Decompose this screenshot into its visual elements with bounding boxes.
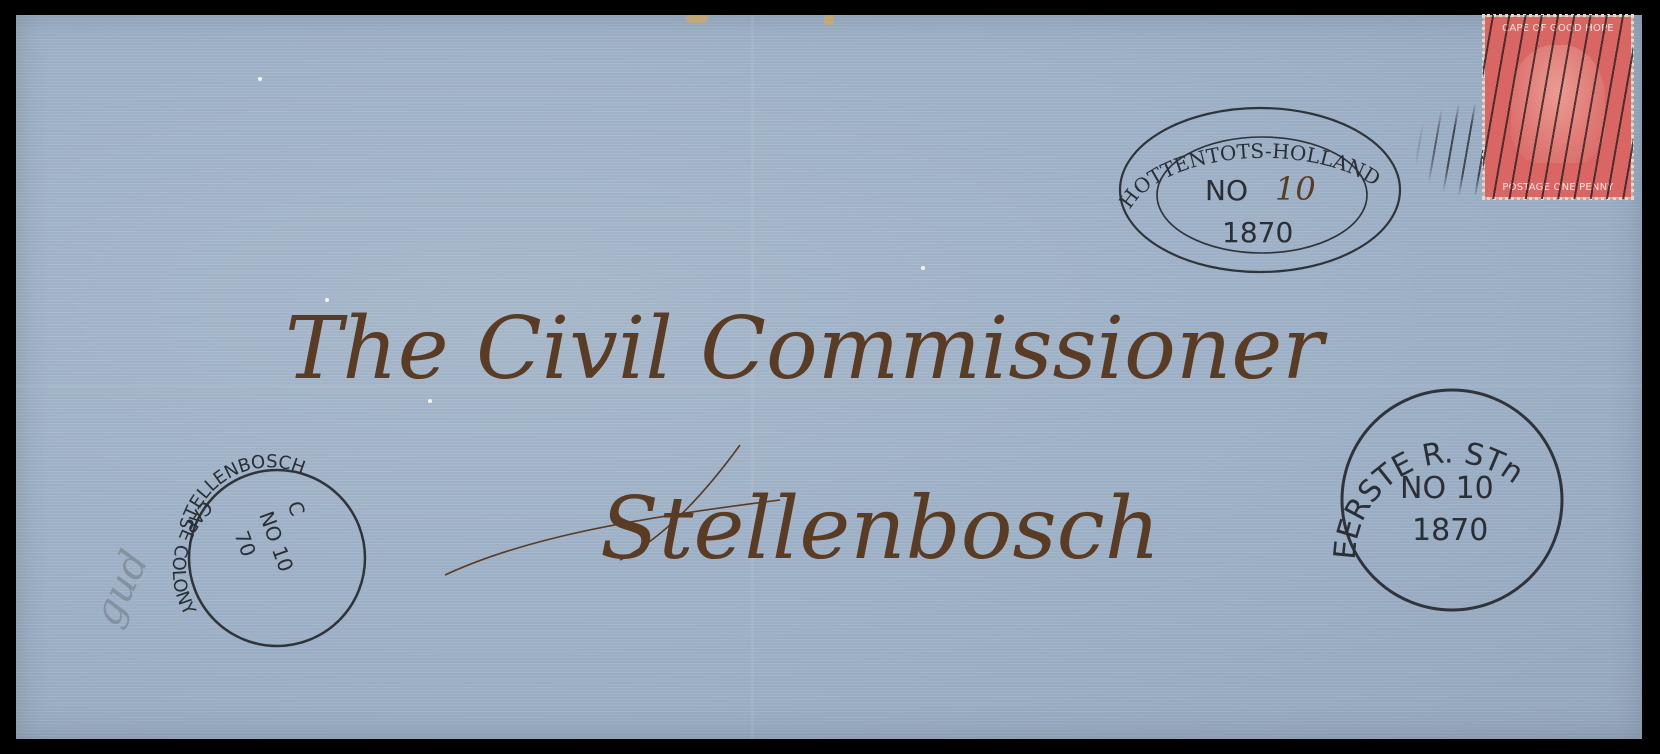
stellenbosch-postmark-year: 70 xyxy=(230,528,261,560)
stellenbosch-postmark-date: NO 10 xyxy=(254,508,298,575)
address-line-2: Stellenbosch xyxy=(600,479,1160,579)
eerste-river-postmark-date: NO 10 xyxy=(1400,471,1494,506)
eerste-river-postmark: EERSTE R. STn NO 10 1870 xyxy=(1328,390,1562,610)
stellenbosch-postmark-country: CAPE COLONY xyxy=(168,496,217,619)
oval-postmark-year: 1870 xyxy=(1222,216,1293,249)
markings-layer: HOTTENTOTS-HOLLAND NO 10 1870 EERSTE R. … xyxy=(0,0,1660,754)
stellenbosch-postmark-letter: C xyxy=(283,498,310,519)
oval-postmark: HOTTENTOTS-HOLLAND NO 10 1870 xyxy=(1114,108,1400,272)
oval-postmark-town: HOTTENTOTS-HOLLAND xyxy=(1114,139,1385,213)
pencil-note: gud xyxy=(84,544,158,633)
oval-postmark-month: NO xyxy=(1205,174,1248,207)
eerste-river-postmark-year: 1870 xyxy=(1412,513,1488,548)
oval-postmark-day-manuscript: 10 xyxy=(1275,170,1316,208)
address-line-1: The Civil Commissioner xyxy=(285,299,1328,399)
